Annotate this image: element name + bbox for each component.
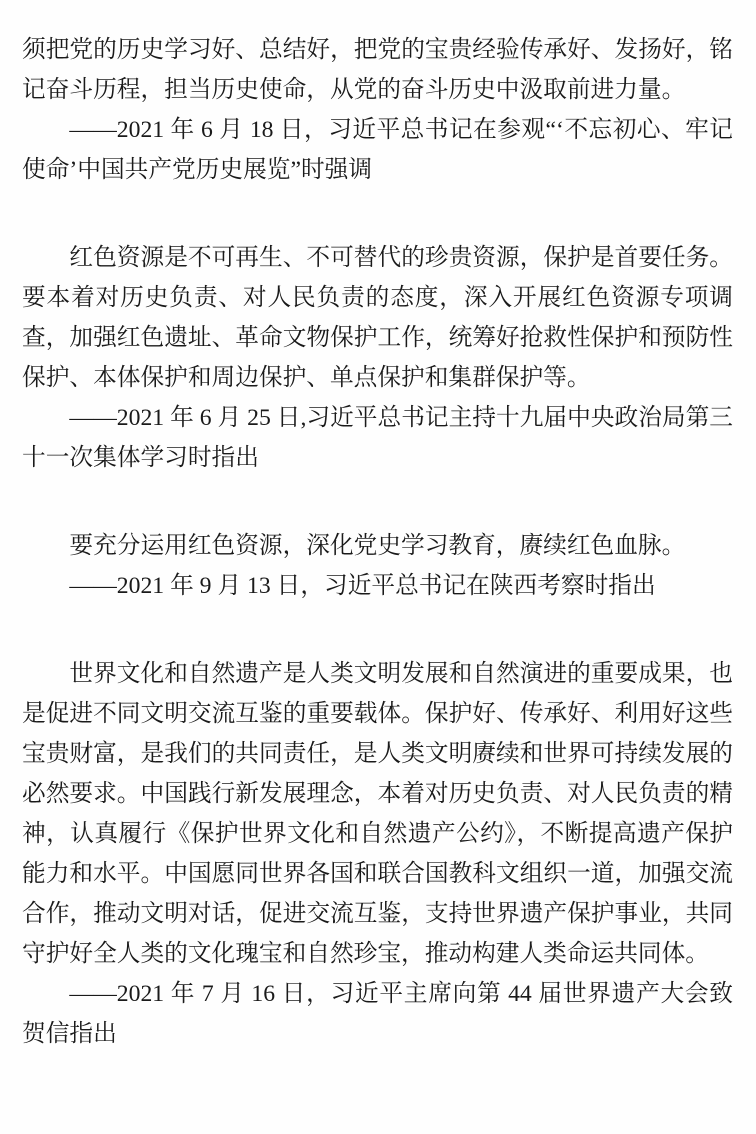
- quote-attribution: ——2021 年 6 月 25 日,习近平总书记主持十九届中央政治局第三十一次集…: [22, 398, 733, 478]
- quote-attribution: ——2021 年 9 月 13 日，习近平总书记在陕西考察时指出: [22, 566, 733, 606]
- quote-attribution: ——2021 年 6 月 18 日，习近平总书记在参观“‘不忘初心、牢记使命’中…: [22, 110, 733, 190]
- quote-section-4: 世界文化和自然遗产是人类文明发展和自然演进的重要成果，也是促进不同文明交流互鉴的…: [22, 654, 733, 1054]
- quote-body: 世界文化和自然遗产是人类文明发展和自然演进的重要成果，也是促进不同文明交流互鉴的…: [22, 654, 733, 974]
- quote-section-3: 要充分运用红色资源，深化党史学习教育，赓续红色血脉。 ——2021 年 9 月 …: [22, 526, 733, 606]
- quote-section-2: 红色资源是不可再生、不可替代的珍贵资源，保护是首要任务。要本着对历史负责、对人民…: [22, 238, 733, 478]
- quote-body: 红色资源是不可再生、不可替代的珍贵资源，保护是首要任务。要本着对历史负责、对人民…: [22, 238, 733, 398]
- quote-attribution: ——2021 年 7 月 16 日，习近平主席向第 44 届世界遗产大会致贺信指…: [22, 974, 733, 1054]
- document-page: 须把党的历史学习好、总结好，把党的宝贵经验传承好、发扬好，铭记奋斗历程，担当历史…: [0, 0, 756, 1134]
- quote-body: 要充分运用红色资源，深化党史学习教育，赓续红色血脉。: [22, 526, 733, 566]
- quote-body: 须把党的历史学习好、总结好，把党的宝贵经验传承好、发扬好，铭记奋斗历程，担当历史…: [22, 30, 733, 110]
- quote-section-1: 须把党的历史学习好、总结好，把党的宝贵经验传承好、发扬好，铭记奋斗历程，担当历史…: [22, 30, 733, 190]
